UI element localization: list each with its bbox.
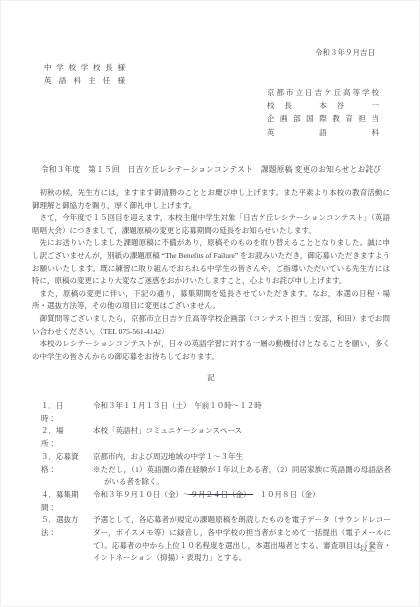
closing-mark: 以上 (360, 543, 375, 554)
list-item-eligibility: ３．応募資格： 京都市内，および周辺地域の中学１～３年生 ※ただし，（1）英語圏… (41, 451, 391, 489)
item-label-application-period: ４．募集期間： (41, 489, 93, 514)
paragraph-announcement: さて，今年度で１５回目を迎えます，本校主催中学生対象「日吉ケ丘レシテーションコン… (32, 212, 390, 237)
item-content-place: 本校「英語村」コミュニケーションスペース (93, 425, 391, 450)
document-date: 令和３年９月吉日 (315, 47, 375, 58)
recipient-line-2: 英語科主任様 (44, 74, 125, 87)
list-item-application-period: ４．募集期間： 令和３年９月１０日（金）～９月２４日（金）１０月８日（金） (41, 489, 391, 514)
paragraph-extension: また，原稿の変更に伴い，下記の通り，募集期間を延長させていただきます。なお，本選… (32, 288, 390, 313)
sender-block: 京都市立日吉ケ丘高等学校 校長 本谷 一 企画部国際教育担当 英語科 (267, 86, 379, 139)
list-item-selection-method: ５．選抜方法： 予選として，各応募者が規定の課題原稿を朗読したものを電子データ（… (41, 514, 391, 565)
body-text: 初秋の候，先生方には，ますます御清勝のこととお慶び申し上げます。また平素より本校… (32, 187, 390, 363)
item-content-datetime: 令和３年１１月１３日（土） 午前１０時～１２時 (93, 400, 391, 425)
period-start: 令和３年９月１０日（金）～ (93, 490, 191, 499)
item-label-place: ２．場 所： (41, 425, 93, 450)
item-label-selection-method: ５．選抜方法： (41, 514, 93, 565)
sender-department: 企画部国際教育担当 (267, 112, 379, 125)
recipient-line-1: 中学校学校長様 (44, 61, 125, 74)
list-item-place: ２．場 所： 本校「英語村」コミュニケーションスペース (41, 425, 391, 450)
letter-page: 令和３年９月吉日 中学校学校長様 英語科主任様 京都市立日吉ケ丘高等学校 校長 … (0, 0, 420, 607)
eligibility-main: 京都市内，および周辺地域の中学１～３年生 (93, 452, 243, 461)
paragraph-contact: 御質問等ございましたら，京都市立日吉ケ丘高等学校企画部（コンテスト担当：安部，和… (32, 313, 390, 338)
paragraph-closing-remark: 本校のレシテーションコンテストが，日々の英語学習に対する一層の動機付けとなること… (32, 338, 390, 363)
sender-school: 京都市立日吉ケ丘高等学校 (267, 86, 379, 99)
item-content-selection-method: 予選として，各応募者が規定の課題原稿を朗読したものを電子データ（サウンドレコーダ… (93, 514, 391, 565)
period-old-deadline-struck: ９月２４日（金） (191, 490, 251, 499)
item-label-eligibility: ３．応募資格： (41, 451, 93, 489)
item-content-application-period: 令和３年９月１０日（金）～９月２４日（金）１０月８日（金） (93, 489, 391, 514)
paragraph-greeting: 初秋の候，先生方には，ますます御清勝のこととお慶び申し上げます。また平素より本校… (32, 187, 390, 212)
item-content-eligibility: 京都市内，および周辺地域の中学１～３年生 ※ただし，（1）英語圏の滞在経験が１年… (93, 451, 391, 489)
document-title: 令和３年度 第１５回 日吉ケ丘レシテーションコンテスト 課題原稿 変更のお知らせ… (1, 164, 420, 175)
item-label-datetime: １．日 時： (41, 400, 93, 425)
sender-section: 英語科 (267, 126, 379, 139)
sender-principal: 校長 本谷 一 (267, 99, 379, 112)
recipient-block: 中学校学校長様 英語科主任様 (44, 61, 125, 87)
memo-mark: 記 (1, 372, 420, 383)
eligibility-note: ※ただし，（1）英語圏の滞在経験が１年以上ある者，（2）同居家族に英語圏の母語話… (93, 464, 391, 489)
list-item-datetime: １．日 時： 令和３年１１月１３日（土） 午前１０時～１２時 (41, 400, 391, 425)
details-list: １．日 時： 令和３年１１月１３日（土） 午前１０時～１２時 ２．場 所： 本校… (41, 400, 391, 565)
period-new-deadline: １０月８日（金） (260, 490, 320, 499)
paragraph-apology: 先にお送りいたしました課題原稿に不備があり，原稿そのものを取り替えることとなりま… (32, 237, 390, 287)
